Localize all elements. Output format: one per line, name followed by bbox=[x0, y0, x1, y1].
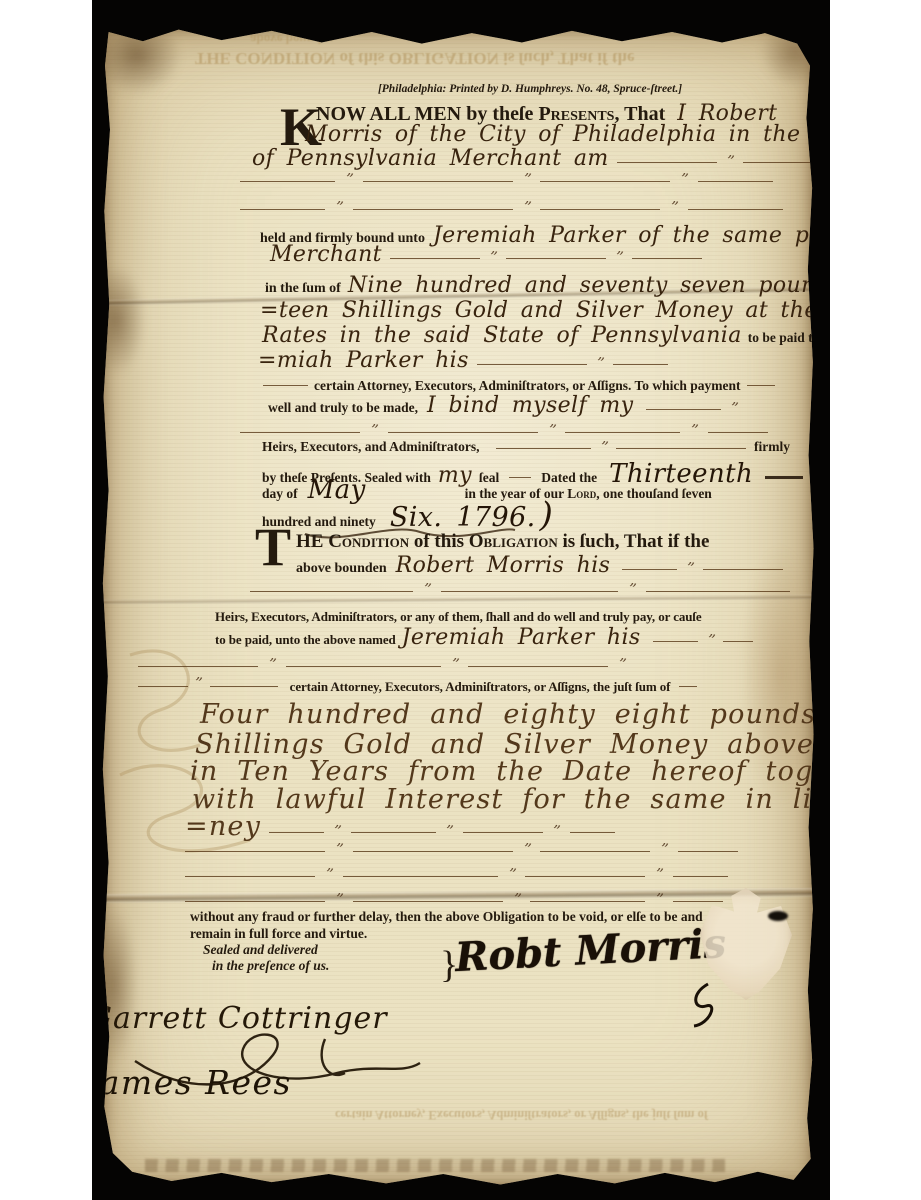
stain bbox=[86, 265, 146, 375]
amount-line-3: in Ten Years from the Date hereof togeth… bbox=[190, 756, 893, 787]
ruled-line-row: ””” bbox=[185, 847, 790, 857]
condition-line: HE Condition of this Obligation is ſuch,… bbox=[296, 531, 709, 553]
ruled-line-row: ””” bbox=[240, 177, 790, 187]
black-backdrop: THE CONDITION of this OBLIGATION is ſuch… bbox=[92, 0, 830, 1200]
robert-morris-signature: Robt Morris bbox=[454, 920, 727, 981]
sum-script-3: Rates in the said State of Pennsylvania bbox=[262, 323, 742, 348]
above-bounden-printed: above bounden bbox=[296, 561, 387, 576]
printer-imprint: [Philadelphia: Printed by D. Humphreys. … bbox=[280, 83, 780, 95]
closing-line-2: remain in full force and virtue. bbox=[190, 926, 367, 942]
sum-script-4: Jere= bbox=[872, 323, 921, 348]
sum-amount-script: Nine hundred and seventy seven pounds fo… bbox=[348, 273, 921, 298]
bind-line: well and truly to be made, I bind myself… bbox=[268, 393, 737, 420]
witness-signature-2: James Rees bbox=[85, 1063, 292, 1102]
sum-line-2: =teen Shillings Gold and Silver Money at… bbox=[260, 298, 921, 323]
opening-line-2: Morris of the City of Philadelphia in th… bbox=[305, 122, 874, 147]
bleedthrough-text: certain Attorney, Executors, Adminiſtrat… bbox=[335, 1107, 775, 1122]
amount-line-5: =ney””” bbox=[185, 811, 615, 843]
amount-line-1: Four hundred and eighty eight pounds sev… bbox=[200, 699, 921, 730]
sum-printed-2: to be paid to the ſaid bbox=[748, 330, 866, 345]
pay-clause-line-1: Heirs, Executors, Adminiſtrators, or any… bbox=[215, 609, 702, 625]
bind-script: I bind myself my bbox=[427, 393, 634, 418]
ruled-line-row: ””” bbox=[240, 428, 790, 438]
opening-line-3: of Pennsylvania Merchant am” bbox=[252, 146, 858, 173]
firmly-printed: firmly bbox=[754, 439, 790, 455]
attorney-printed-1: certain Attorney, Executors, Adminiſtrat… bbox=[314, 378, 741, 393]
sealed-delivered-line: Sealed and delivered bbox=[203, 942, 318, 958]
above-bounden-line: above bounden Robert Morris his ” bbox=[296, 553, 783, 580]
heirs-line: Heirs, Executors, and Adminiſtrators, ” … bbox=[262, 439, 790, 459]
payee-name-script: Jeremiah Parker his bbox=[402, 625, 641, 650]
date-flourish-paren: ) bbox=[540, 495, 554, 535]
attorney-clause-2: ” certain Attorney, Executors, Adminiſtr… bbox=[138, 677, 697, 696]
to-be-paid-printed: to be paid, unto the above named bbox=[215, 632, 396, 647]
bounden-name-script: Robert Morris his bbox=[396, 553, 611, 578]
bound-line-2: Merchant”” bbox=[270, 242, 702, 269]
sum-printed: in the ſum of bbox=[265, 281, 341, 296]
bleedthrough-text: THE CONDITION of this OBLIGATION is ſuch… bbox=[195, 48, 795, 68]
ruled-line-row: ”” bbox=[250, 587, 790, 597]
bleedthrough-scribble bbox=[145, 1159, 725, 1172]
ruled-line-row: ””” bbox=[240, 205, 790, 215]
dropcap-t: T bbox=[255, 525, 291, 571]
stain bbox=[92, 15, 182, 95]
witness-signature-1: Garrett Cottringer bbox=[88, 1001, 388, 1036]
signature-tail-flourish bbox=[680, 980, 730, 1030]
sum-line-1: in the ſum of Nine hundred and seventy s… bbox=[265, 273, 921, 298]
bind-printed: well and truly to be made, bbox=[268, 400, 418, 415]
ruled-line-row: ””” bbox=[185, 897, 790, 907]
sum-line-4: =miah Parker his” bbox=[258, 348, 668, 375]
ruled-line-row: ””” bbox=[138, 662, 738, 672]
heirs-printed: Heirs, Executors, and Adminiſtrators, bbox=[262, 439, 480, 455]
attorney-printed-2: certain Attorney, Executors, Adminiſtrat… bbox=[290, 679, 671, 694]
sum-line-3: Rates in the said State of Pennsylvania … bbox=[262, 323, 921, 348]
presence-line: in the preſence of us. bbox=[212, 958, 329, 974]
pay-clause-line-2: to be paid, unto the above named Jeremia… bbox=[215, 625, 753, 652]
closing-line-1: without any fraud or further delay, then… bbox=[190, 909, 703, 925]
document-paper: THE CONDITION of this OBLIGATION is ſuch… bbox=[100, 25, 815, 1188]
bleedthrough-text: above bounden bbox=[250, 31, 450, 47]
ruled-line-row: ””” bbox=[185, 872, 790, 882]
